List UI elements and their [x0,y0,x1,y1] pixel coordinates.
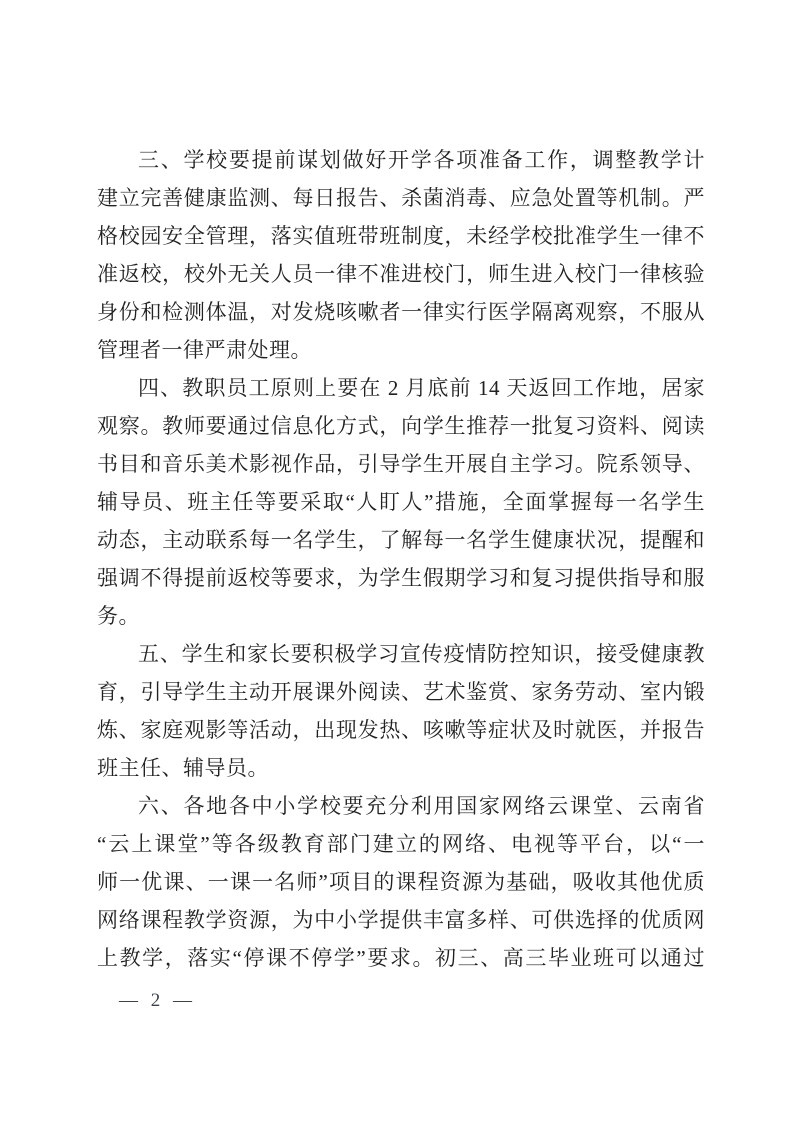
paragraph-line: 上教学，落实“停课不停学”要求。初三、高三毕业班可以通过 [97,939,705,977]
paragraph-line: 管理者一律严肃处理。 [97,331,705,369]
paragraph-line: 书目和音乐美术影视作品，引导学生开展自主学习。院系领导、 [97,445,705,483]
paragraph-line: 育，引导学生主动开展课外阅读、艺术鉴赏、家务劳动、室内锻 [97,673,705,711]
paragraph-line: 六、各地各中小学校要充分利用国家网络云课堂、云南省 [97,787,705,825]
paragraph-line: 建立完善健康监测、每日报告、杀菌消毒、应急处置等机制。严 [97,179,705,217]
paragraph-line: 网络课程教学资源，为中小学提供丰富多样、可供选择的优质网 [97,901,705,939]
paragraph-line: 动态，主动联系每一名学生，了解每一名学生健康状况，提醒和 [97,521,705,559]
paragraph-line: 格校园安全管理，落实值班带班制度，未经学校批准学生一律不 [97,217,705,255]
paragraph-line: 三、学校要提前谋划做好开学各项准备工作，调整教学计划， [97,141,705,179]
document-page: 三、学校要提前谋划做好开学各项准备工作，调整教学计划，建立完善健康监测、每日报告… [0,0,793,1122]
paragraph-line: 师一优课、一课一名师”项目的课程资源为基础，吸收其他优质 [97,863,705,901]
page-number: — 2 — [119,988,193,1014]
paragraph-line: “云上课堂”等各级教育部门建立的网络、电视等平台，以“一 [97,825,705,863]
paragraph-line: 五、学生和家长要积极学习宣传疫情防控知识，接受健康教 [97,635,705,673]
paragraph-line: 班主任、辅导员。 [97,749,705,787]
paragraph-line: 炼、家庭观影等活动，出现发热、咳嗽等症状及时就医，并报告 [97,711,705,749]
paragraph-line: 身份和检测体温，对发烧咳嗽者一律实行医学隔离观察，不服从 [97,293,705,331]
paragraph-line: 强调不得提前返校等要求，为学生假期学习和复习提供指导和服 [97,559,705,597]
paragraph-line: 务。 [97,597,705,635]
paragraph-line: 辅导员、班主任等要采取“人盯人”措施，全面掌握每一名学生 [97,483,705,521]
document-body: 三、学校要提前谋划做好开学各项准备工作，调整教学计划，建立完善健康监测、每日报告… [97,141,705,977]
paragraph-line: 观察。教师要通过信息化方式，向学生推荐一批复习资料、阅读 [97,407,705,445]
paragraph-line: 准返校，校外无关人员一律不准进校门，师生进入校门一律核验 [97,255,705,293]
paragraph-line: 四、教职员工原则上要在 2 月底前 14 天返回工作地，居家 [97,369,705,407]
